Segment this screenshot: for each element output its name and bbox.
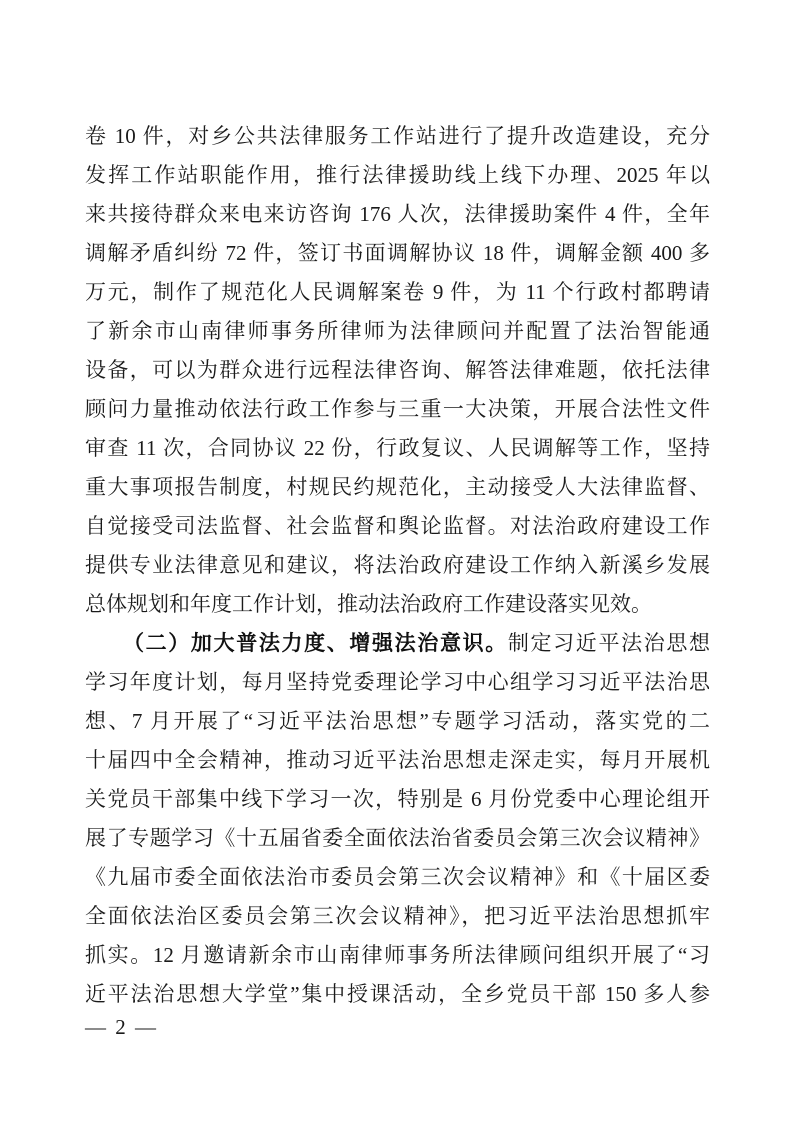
body-line: 想、7 月开展了“习近平法治思想”专题学习活动，落实党的二 — [85, 702, 710, 741]
body-line: 设备，可以为群众进行远程法律咨询、解答法律难题，依托法律 — [85, 351, 710, 390]
body-line: 展了专题学习《十五届省委全面依法治省委员会第三次会议精神》 — [85, 819, 710, 858]
body-line: 全面依法治区委员会第三次会议精神》，把习近平法治思想抓牢 — [85, 897, 710, 936]
body-line: 重大事项报告制度，村规民约规范化，主动接受人大法律监督、 — [85, 468, 710, 507]
section-heading: （二）加大普法力度、增强法治意识。制定习近平法治思想 — [85, 624, 710, 663]
a4-page: 卷 10 件，对乡公共法律服务工作站进行了提升改造建设，充分 发挥工作站职能作用… — [0, 0, 793, 1122]
body-line: 顾问力量推动依法行政工作参与三重一大决策，开展合法性文件 — [85, 390, 710, 429]
body-line: 卷 10 件，对乡公共法律服务工作站进行了提升改造建设，充分 — [85, 117, 710, 156]
section-heading-bold: （二）加大普法力度、增强法治意识。 — [123, 632, 508, 655]
body-line: 了新余市山南律师事务所律师为法律顾问并配置了法治智能通 — [85, 312, 710, 351]
body-line: 抓实。12 月邀请新余市山南律师事务所法律顾问组织开展了“习 — [85, 936, 710, 975]
body-line-paragraph-end: 总体规划和年度工作计划，推动法治政府工作建设落实见效。 — [85, 585, 710, 624]
body-line: 自觉接受司法监督、社会监督和舆论监督。对法治政府建设工作 — [85, 507, 710, 546]
body-line: 审查 11 次，合同协议 22 份，行政复议、人民调解等工作，坚持 — [85, 429, 710, 468]
body-line: 近平法治思想大学堂”集中授课活动，全乡党员干部 150 多人参 — [85, 975, 710, 1014]
body-line: 发挥工作站职能作用，推行法律援助线上线下办理、2025 年以 — [85, 156, 710, 195]
body-line: 万元，制作了规范化人民调解案卷 9 件，为 11 个行政村都聘请 — [85, 273, 710, 312]
document-body: 卷 10 件，对乡公共法律服务工作站进行了提升改造建设，充分 发挥工作站职能作用… — [85, 117, 710, 1014]
body-line: 学习年度计划，每月坚持党委理论学习中心组学习习近平法治思 — [85, 663, 710, 702]
body-line: 调解矛盾纠纷 72 件，签订书面调解协议 18 件，调解金额 400 多 — [85, 234, 710, 273]
body-line: 《九届市委全面依法治市委员会第三次会议精神》和《十届区委 — [85, 858, 710, 897]
body-line: 关党员干部集中线下学习一次，特别是 6 月份党委中心理论组开 — [85, 780, 710, 819]
section-heading-rest: 制定习近平法治思想 — [508, 631, 710, 655]
page-number: — 2 — — [85, 1012, 158, 1042]
body-line: 来共接待群众来电来访咨询 176 人次，法律援助案件 4 件，全年 — [85, 195, 710, 234]
body-line: 提供专业法律意见和建议，将法治政府建设工作纳入新溪乡发展 — [85, 546, 710, 585]
body-line: 十届四中全会精神，推动习近平法治思想走深走实，每月开展机 — [85, 741, 710, 780]
